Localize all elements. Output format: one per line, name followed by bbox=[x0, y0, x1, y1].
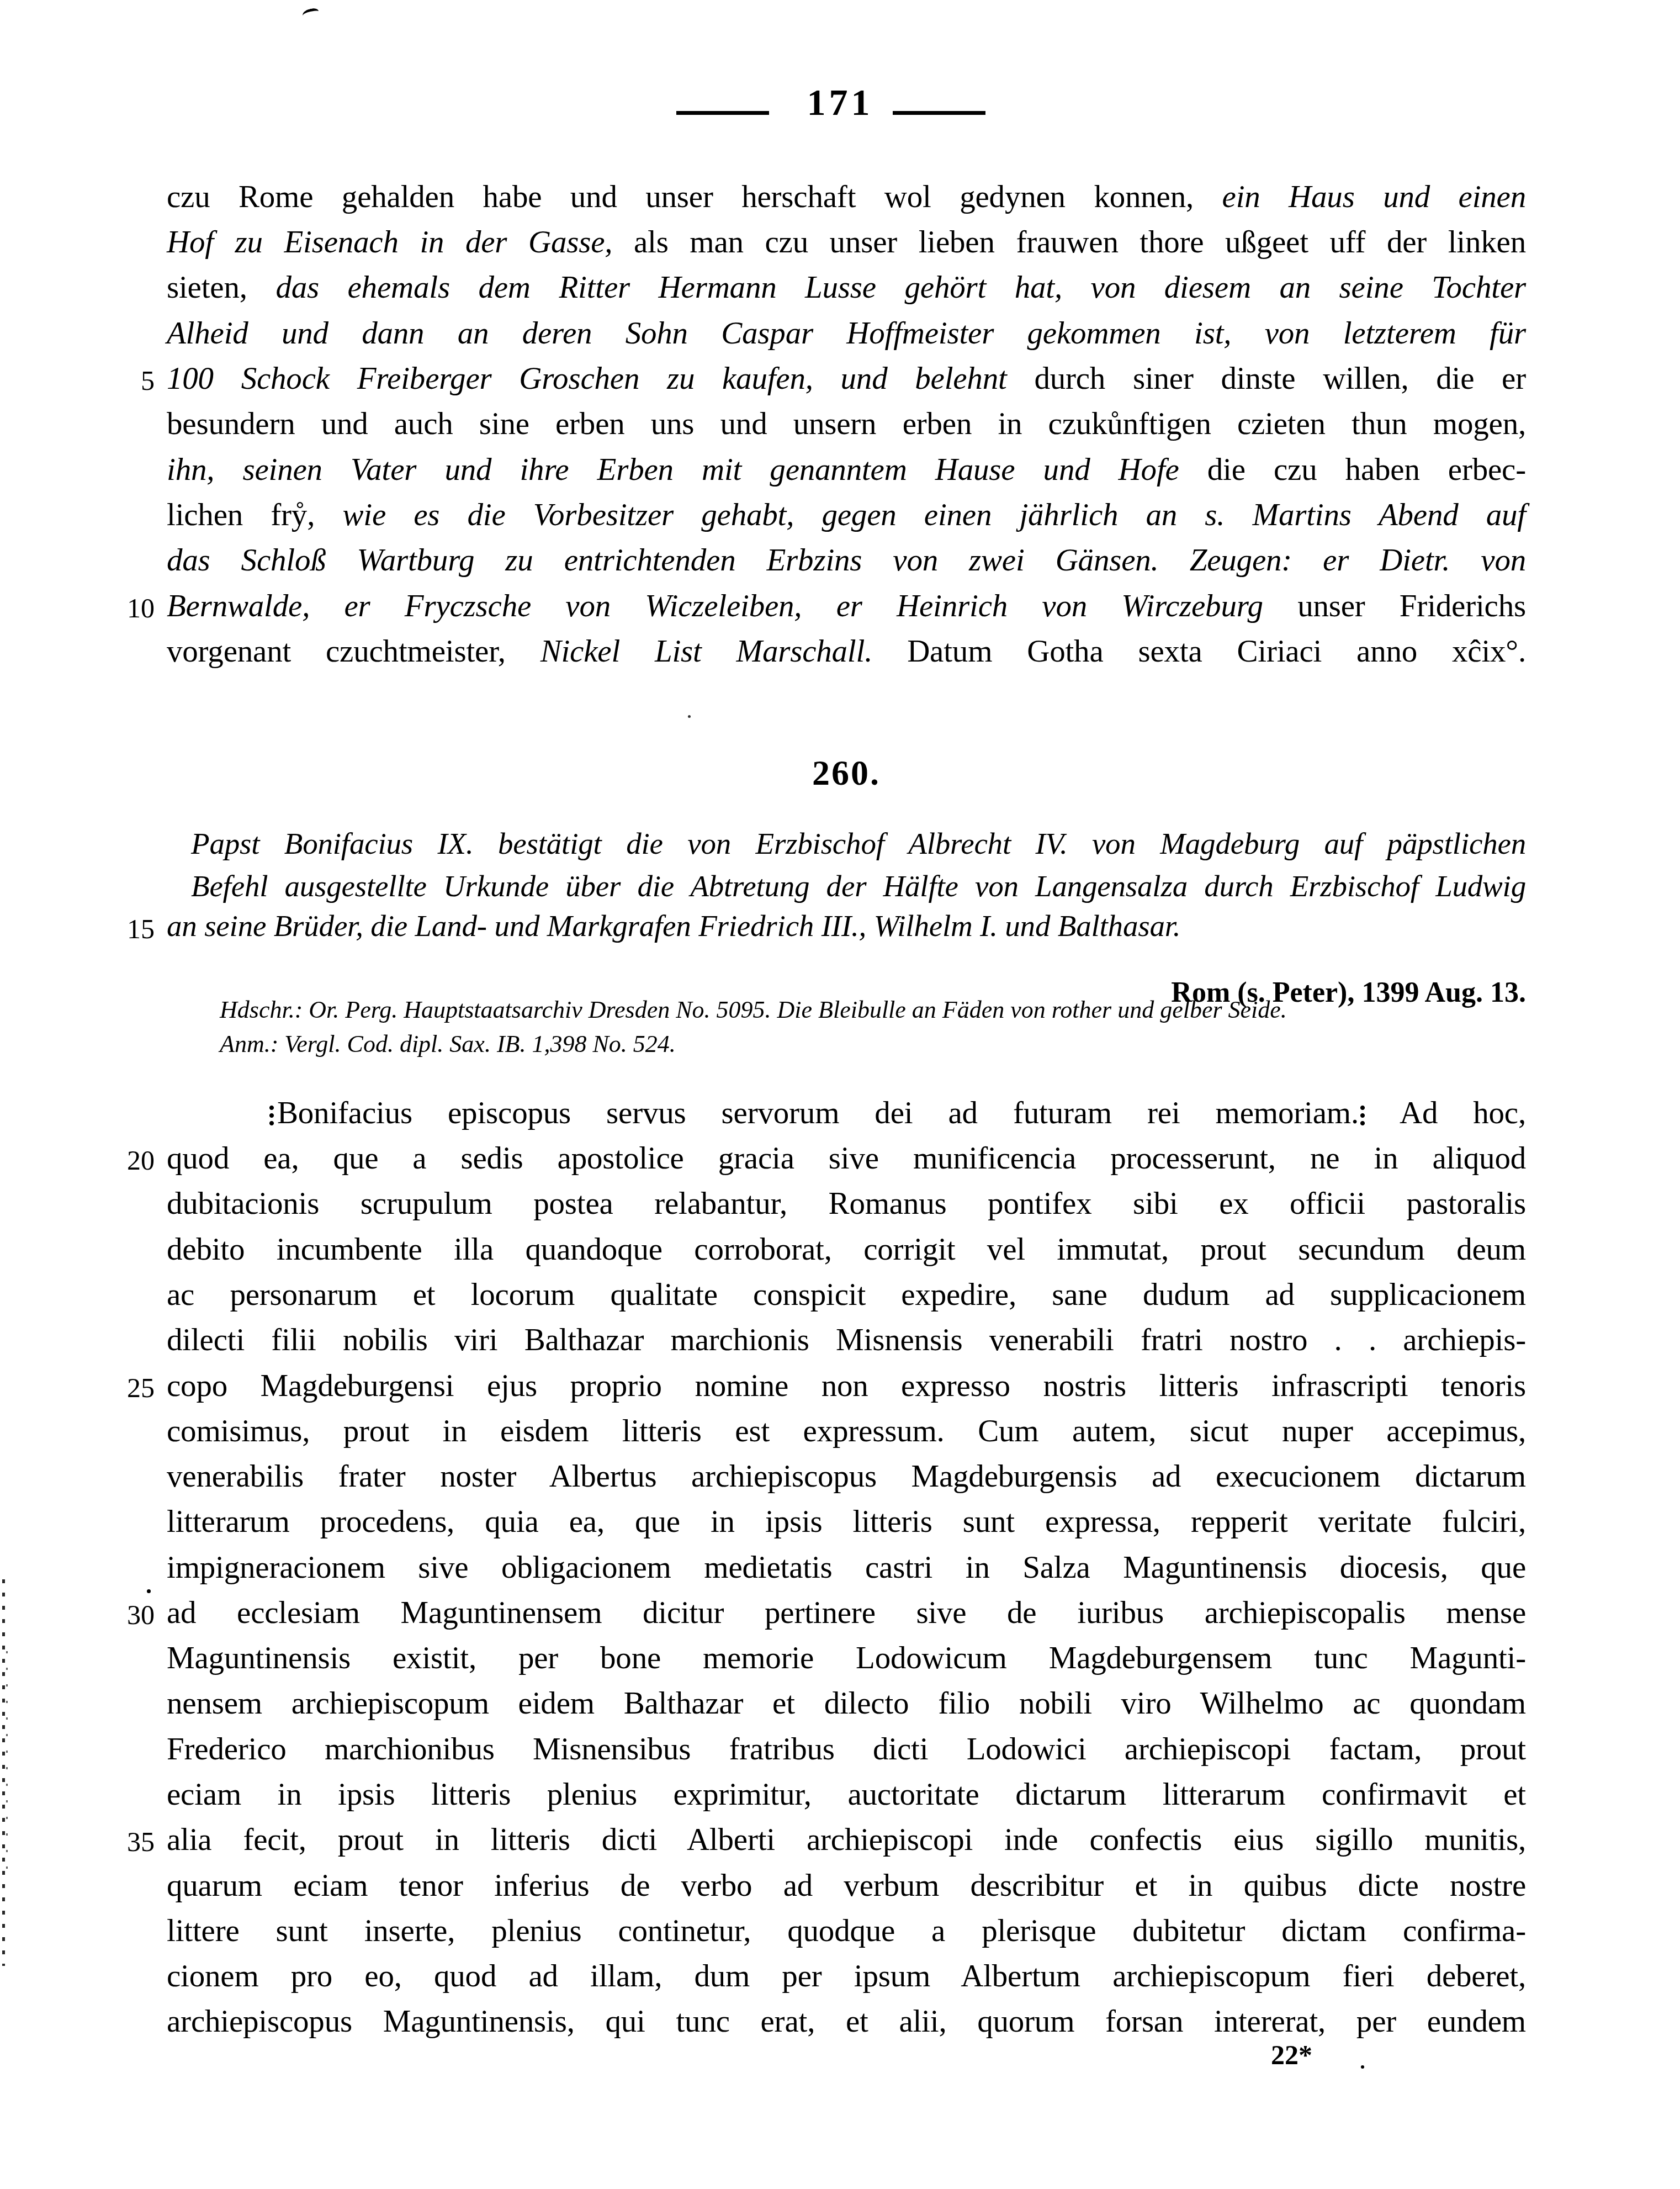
paragraph1-line: Alheid und dann an deren Sohn Caspar Hof… bbox=[167, 315, 1526, 352]
text-segment: vorgenant czuchtmeister, bbox=[167, 634, 540, 669]
text-segment: cionem pro eo, quod ad illam, dum per ip… bbox=[167, 1959, 1526, 1994]
regest-line: Befehl ausgestellte Urkunde über die Abt… bbox=[191, 869, 1526, 905]
margin-line-number: 35 bbox=[88, 1828, 155, 1855]
main-text-line: Frederico marchionibus Misnensibus fratr… bbox=[167, 1731, 1526, 1768]
main-text-line: impigneracionem sive obligacionem mediet… bbox=[167, 1549, 1526, 1586]
main-text-line: ac personarum et locorum qualitate consp… bbox=[167, 1276, 1526, 1313]
margin-line-number: 10 bbox=[88, 594, 155, 622]
scan-artifact-edge-speckle bbox=[6, 1651, 8, 1883]
text-segment: Ad hoc, bbox=[1366, 1096, 1526, 1130]
main-text-line: Maguntinensis existit, per bone memorie … bbox=[167, 1640, 1526, 1677]
main-text-line: copo Magdeburgensi ejus proprio nomine n… bbox=[167, 1367, 1526, 1404]
text-segment: littere sunt inserte, plenius continetur… bbox=[167, 1913, 1526, 1948]
main-text-line: venerabilis frater noster Albertus archi… bbox=[167, 1458, 1526, 1495]
source-note-line: Hdschr.: Or. Perg. Hauptstaatsarchiv Dre… bbox=[220, 996, 1528, 1024]
margin-line-number: 25 bbox=[88, 1374, 155, 1402]
main-text-line: cionem pro eo, quod ad illam, dum per ip… bbox=[167, 1958, 1526, 1995]
text-segment: als man czu unser lieben frauwen thore u… bbox=[612, 225, 1526, 260]
text-segment: nensem archiepiscopum eidem Balthazar et… bbox=[167, 1686, 1526, 1721]
scan-artifact-dot bbox=[688, 715, 691, 718]
document-number-heading: 260. bbox=[167, 753, 1526, 794]
printer-signature-mark: 22* bbox=[1271, 2039, 1312, 2071]
text-segment: unser Friderichs bbox=[1297, 589, 1526, 623]
text-segment: comisimus, prout in eisdem litteris est … bbox=[167, 1414, 1526, 1448]
main-text-line: ad ecclesiam Maguntinensem dicitur perti… bbox=[167, 1594, 1526, 1631]
text-segment: Hdschr.: Or. Perg. Hauptstaatsarchiv Dre… bbox=[220, 996, 1287, 1023]
main-text-line: Bonifacius episcopus servus servorum dei… bbox=[167, 1094, 1526, 1131]
text-segment: Bonifacius episcopus servus servorum dei… bbox=[277, 1096, 1359, 1130]
text-segment: die czu haben erbec- bbox=[1207, 452, 1526, 487]
text-segment: venerabilis frater noster Albertus archi… bbox=[167, 1459, 1526, 1494]
text-segment: an seine Brüder, die Land- und Markgrafe… bbox=[167, 909, 1180, 943]
text-segment: besundern und auch sine erben uns und un… bbox=[167, 406, 1526, 441]
main-text-line: litterarum procedens, quia ea, que in ip… bbox=[167, 1503, 1526, 1540]
text-segment: quarum eciam tenor inferius de verbo ad … bbox=[167, 1868, 1526, 1903]
paragraph1-line: sieten, das ehemals dem Ritter Hermann L… bbox=[167, 269, 1526, 306]
header-rule-right bbox=[893, 111, 985, 115]
margin-line-number: 30 bbox=[88, 1601, 155, 1628]
text-segment: Maguntinensis existit, per bone memorie … bbox=[167, 1641, 1526, 1675]
tricolon-mark bbox=[269, 1104, 275, 1127]
main-text-line: alia fecit, prout in litteris dicti Albe… bbox=[167, 1821, 1526, 1858]
text-segment: das ehemals dem Ritter Hermann Lusse geh… bbox=[275, 270, 1526, 305]
margin-line-number: 15 bbox=[88, 915, 155, 943]
text-segment: ac personarum et locorum qualitate consp… bbox=[167, 1277, 1526, 1312]
main-text-line: eciam in ipsis litteris plenius exprimit… bbox=[167, 1776, 1526, 1813]
paragraph1-line: lichen frẙ, wie es die Vorbesitzer gehab… bbox=[167, 496, 1526, 533]
text-segment: dilecti filii nobilis viri Balthazar mar… bbox=[167, 1323, 1526, 1357]
text-segment: ad ecclesiam Maguntinensem dicitur perti… bbox=[167, 1595, 1526, 1630]
page-header: 171 bbox=[0, 81, 1680, 124]
regest-line: Papst Bonifacius IX. bestätigt die von E… bbox=[191, 826, 1526, 862]
margin-line-number: 5 bbox=[88, 367, 155, 394]
text-segment: ein Haus und einen bbox=[1222, 179, 1526, 214]
paragraph1-line: besundern und auch sine erben uns und un… bbox=[167, 405, 1526, 442]
text-segment: quod ea, que a sedis apostolice gracia s… bbox=[167, 1141, 1526, 1176]
text-segment: ihn, seinen Vater und ihre Erben mit gen… bbox=[167, 452, 1207, 487]
header-rule-left bbox=[676, 111, 769, 115]
text-segment: lichen frẙ, bbox=[167, 498, 342, 532]
text-segment: czu Rome gehalden habe und unser herscha… bbox=[167, 179, 1222, 214]
text-segment: archiepiscopus Maguntinensis, qui tunc e… bbox=[167, 2004, 1526, 2039]
text-segment: copo Magdeburgensi ejus proprio nomine n… bbox=[167, 1368, 1526, 1403]
text-segment: sieten, bbox=[167, 270, 275, 305]
main-text-line: dubitacionis scrupulum postea relabantur… bbox=[167, 1185, 1526, 1222]
text-segment: Alheid und dann an deren Sohn Caspar Hof… bbox=[167, 316, 1526, 351]
main-text-line: nensem archiepiscopum eidem Balthazar et… bbox=[167, 1685, 1526, 1722]
paragraph1-line: Bernwalde, er Fryczsche von Wiczeleiben,… bbox=[167, 588, 1526, 625]
scan-artifact-dot bbox=[1361, 2065, 1364, 2069]
text-segment: Frederico marchionibus Misnensibus fratr… bbox=[167, 1732, 1526, 1767]
page: 171 260. Rom (s. Peter), 1399 Aug. 13. 2… bbox=[0, 0, 1680, 2189]
text-segment: Nickel List Marschall. bbox=[540, 634, 873, 669]
main-text-line: dilecti filii nobilis viri Balthazar mar… bbox=[167, 1321, 1526, 1358]
scan-artifact-dot bbox=[147, 1589, 151, 1593]
scan-artifact-edge-speckle bbox=[2, 1579, 5, 1966]
scan-artifact-squiggle bbox=[301, 7, 320, 21]
text-segment: das Schloß Wartburg zu entrichtenden Erb… bbox=[167, 543, 1526, 578]
main-text-line: comisimus, prout in eisdem litteris est … bbox=[167, 1413, 1526, 1450]
tricolon-mark bbox=[1360, 1104, 1366, 1127]
paragraph1-line: czu Rome gehalden habe und unser herscha… bbox=[167, 178, 1526, 215]
text-segment: wie es die Vorbesitzer gehabt, gegen ein… bbox=[342, 498, 1526, 532]
text-segment: dubitacionis scrupulum postea relabantur… bbox=[167, 1186, 1526, 1221]
text-segment: Datum Gotha sexta Ciriaci anno xĉix°. bbox=[872, 634, 1526, 669]
text-segment: litterarum procedens, quia ea, que in ip… bbox=[167, 1504, 1526, 1539]
main-text-line: debito incumbente illa quandoque corrobo… bbox=[167, 1231, 1526, 1268]
paragraph1-line: ihn, seinen Vater und ihre Erben mit gen… bbox=[167, 451, 1526, 488]
paragraph1-line: 100 Schock Freiberger Groschen zu kaufen… bbox=[167, 360, 1526, 397]
text-segment: debito incumbente illa quandoque corrobo… bbox=[167, 1232, 1526, 1267]
regest-line: an seine Brüder, die Land- und Markgrafe… bbox=[167, 908, 1526, 944]
page-number: 171 bbox=[807, 81, 873, 124]
text-segment: Befehl ausgestellte Urkunde über die Abt… bbox=[191, 869, 1526, 903]
text-segment: Bernwalde, er Fryczsche von Wiczeleiben,… bbox=[167, 589, 1297, 623]
source-note-line: Anm.: Vergl. Cod. dipl. Sax. IB. 1,398 N… bbox=[220, 1030, 1528, 1059]
text-segment: eciam in ipsis litteris plenius exprimit… bbox=[167, 1777, 1526, 1812]
text-segment: Hof zu Eisenach in der Gasse, bbox=[167, 225, 612, 260]
margin-line-number: 20 bbox=[88, 1146, 155, 1174]
main-text-line: archiepiscopus Maguntinensis, qui tunc e… bbox=[167, 2003, 1526, 2040]
paragraph1-line: vorgenant czuchtmeister, Nickel List Mar… bbox=[167, 633, 1526, 670]
text-segment: 100 Schock Freiberger Groschen zu kaufen… bbox=[167, 361, 1034, 396]
text-segment: Anm.: Vergl. Cod. dipl. Sax. IB. 1,398 N… bbox=[220, 1030, 676, 1058]
text-segment: Papst Bonifacius IX. bestätigt die von E… bbox=[191, 827, 1526, 860]
text-segment: durch siner dinste willen, die er bbox=[1034, 361, 1526, 396]
main-text-line: quarum eciam tenor inferius de verbo ad … bbox=[167, 1867, 1526, 1904]
paragraph1-line: Hof zu Eisenach in der Gasse, als man cz… bbox=[167, 224, 1526, 261]
main-text-line: quod ea, que a sedis apostolice gracia s… bbox=[167, 1140, 1526, 1177]
text-segment: impigneracionem sive obligacionem mediet… bbox=[167, 1550, 1526, 1585]
paragraph1-line: das Schloß Wartburg zu entrichtenden Erb… bbox=[167, 542, 1526, 579]
text-segment: alia fecit, prout in litteris dicti Albe… bbox=[167, 1822, 1526, 1857]
main-text-line: littere sunt inserte, plenius continetur… bbox=[167, 1912, 1526, 1949]
